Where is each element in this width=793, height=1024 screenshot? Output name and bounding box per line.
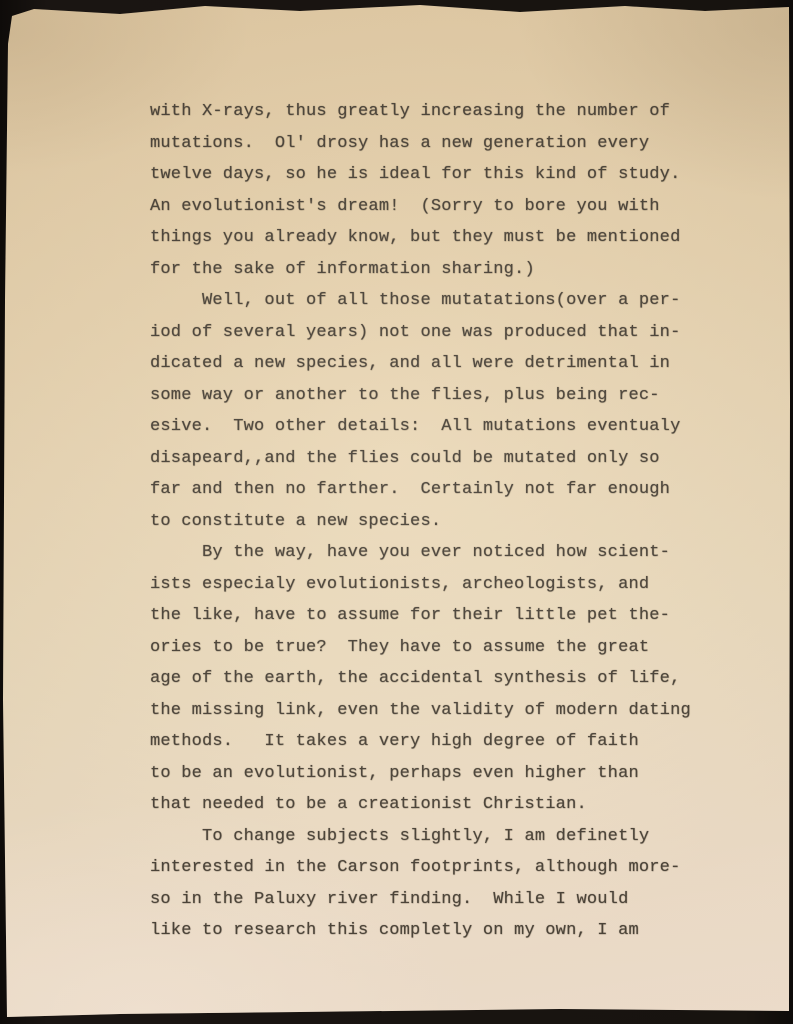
typed-line: with X-rays, thus greatly increasing the… (150, 96, 710, 128)
typed-line: ists especialy evolutionists, archeologi… (150, 569, 710, 601)
typed-line: some way or another to the flies, plus b… (150, 380, 710, 412)
typed-line: mutations. Ol' drosy has a new generatio… (150, 128, 710, 160)
typed-line: to be an evolutionist, perhaps even high… (150, 758, 710, 790)
typed-line: dicated a new species, and all were detr… (150, 348, 710, 380)
typed-line: the missing link, even the validity of m… (150, 695, 710, 727)
typed-line: the like, have to assume for their littl… (150, 600, 710, 632)
typed-line: interested in the Carson footprints, alt… (150, 852, 710, 884)
typed-line: ories to be true? They have to assume th… (150, 632, 710, 664)
typed-line: far and then no farther. Certainly not f… (150, 474, 710, 506)
typed-line: to constitute a new species. (150, 506, 710, 538)
typed-line: twelve days, so he is ideal for this kin… (150, 159, 710, 191)
letter-paper-sheet: with X-rays, thus greatly increasing the… (0, 0, 793, 1024)
typed-line: age of the earth, the accidental synthes… (150, 663, 710, 695)
typed-line: so in the Paluxy river finding. While I … (150, 884, 710, 916)
typed-line: iod of several years) not one was produc… (150, 317, 710, 349)
typed-line: for the sake of information sharing.) (150, 254, 710, 286)
typed-line: An evolutionist's dream! (Sorry to bore … (150, 191, 710, 223)
typed-line: like to research this completly on my ow… (150, 915, 710, 947)
typed-line: disapeard,,and the flies could be mutate… (150, 443, 710, 475)
typed-line: By the way, have you ever noticed how sc… (150, 537, 710, 569)
typed-line: Well, out of all those mutatations(over … (150, 285, 710, 317)
scanned-page-backdrop: with X-rays, thus greatly increasing the… (0, 0, 793, 1024)
typed-line: things you already know, but they must b… (150, 222, 710, 254)
typed-text-block: with X-rays, thus greatly increasing the… (150, 96, 710, 947)
typed-line: esive. Two other details: All mutations … (150, 411, 710, 443)
typed-line: that needed to be a creationist Christia… (150, 789, 710, 821)
typed-line: methods. It takes a very high degree of … (150, 726, 710, 758)
typed-line: To change subjects slightly, I am define… (150, 821, 710, 853)
